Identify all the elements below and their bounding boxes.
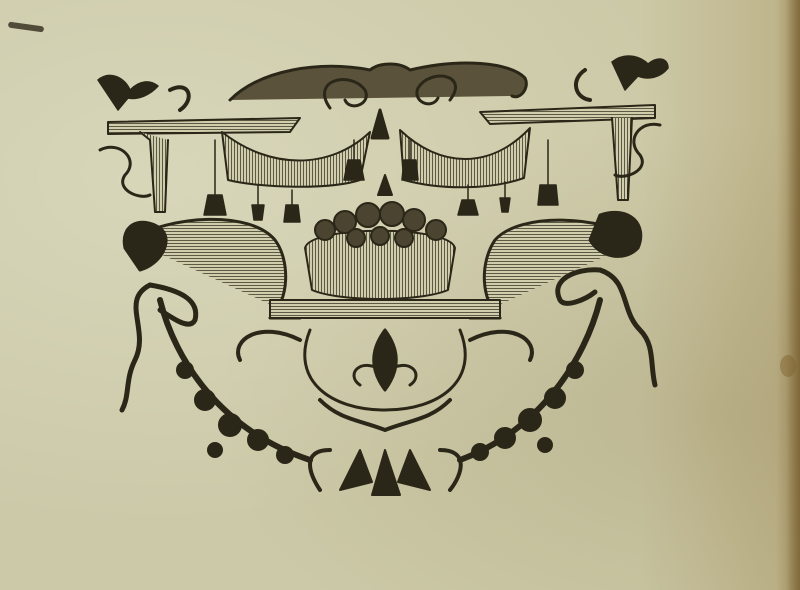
fleur-de-lis-medallion [238,330,532,430]
fruit-basket [305,175,455,299]
bottom-ribbon-bow [310,450,461,495]
bird-left [98,75,189,110]
paper-page [0,0,800,590]
bird-right [576,56,668,100]
flower-garland-right [460,300,600,460]
woodcut-ornament [0,0,800,590]
